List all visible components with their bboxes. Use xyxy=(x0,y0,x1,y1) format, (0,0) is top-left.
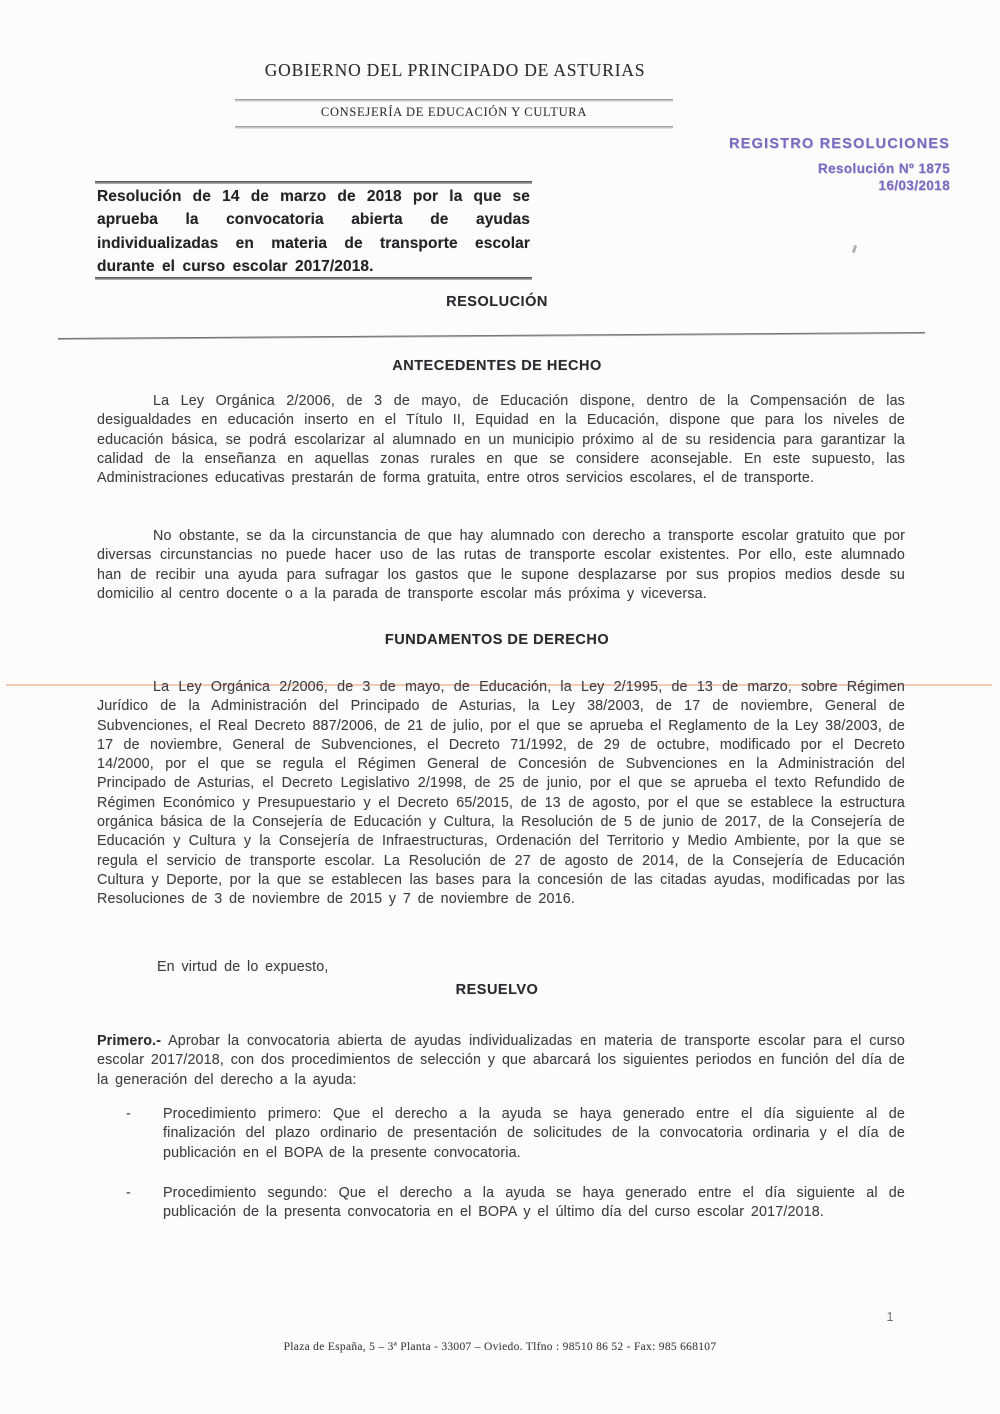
heading-resuelvo: RESUELVO xyxy=(37,982,957,998)
government-title: GOBIERNO DEL PRINCIPADO DE ASTURIAS xyxy=(0,60,910,81)
paragraph-antecedentes-1: La Ley Orgánica 2/2006, de 3 de mayo, de… xyxy=(97,392,905,488)
paragraph-primero: Primero.- Aprobar la convocatoria abiert… xyxy=(97,1032,905,1090)
list-item-procedimiento-primero: - Procedimiento primero: Que el derecho … xyxy=(126,1105,905,1163)
paragraph-fundamentos-1: La Ley Orgánica 2/2006, de 3 de mayo, de… xyxy=(97,678,905,910)
separator-rule xyxy=(58,332,925,340)
document-title: Resolución de 14 de marzo de 2018 por la… xyxy=(97,185,530,278)
bullet-dash: - xyxy=(126,1105,163,1163)
stamp-date: 16/03/2018 xyxy=(630,178,950,193)
scan-speck-artifact xyxy=(852,245,857,254)
heading-fundamentos: FUNDAMENTOS DE DERECHO xyxy=(37,632,957,648)
stamp-registry-label: REGISTRO RESOLUCIONES xyxy=(630,136,950,152)
primero-text: Aprobar la convocatoria abierta de ayuda… xyxy=(97,1033,905,1088)
department-title: CONSEJERÍA DE EDUCACIÓN Y CULTURA xyxy=(235,105,673,120)
header-rule-top xyxy=(235,99,673,101)
paragraph-en-virtud: En virtud de lo expuesto, xyxy=(97,958,905,977)
heading-resolucion: RESOLUCIÓN xyxy=(37,294,957,310)
page-number: 1 xyxy=(880,1310,900,1324)
bullet-dash: - xyxy=(126,1184,163,1223)
heading-antecedentes: ANTECEDENTES DE HECHO xyxy=(37,358,957,374)
bullet-text: Procedimiento segundo: Que el derecho a … xyxy=(163,1184,905,1223)
footer-address: Plaza de España, 5 – 3ª Planta - 33007 –… xyxy=(0,1341,1000,1353)
registry-stamp: REGISTRO RESOLUCIONES Resolución Nº 1875… xyxy=(630,136,950,193)
stamp-resolution-number: Resolución Nº 1875 xyxy=(630,161,950,176)
bullet-text: Procedimiento primero: Que el derecho a … xyxy=(163,1105,905,1163)
paragraph-antecedentes-2: No obstante, se da la circunstancia de q… xyxy=(97,527,905,604)
primero-label: Primero.- xyxy=(97,1033,161,1049)
list-item-procedimiento-segundo: - Procedimiento segundo: Que el derecho … xyxy=(126,1184,905,1223)
title-rule-top xyxy=(95,181,532,184)
header-rule-bottom xyxy=(235,126,673,128)
